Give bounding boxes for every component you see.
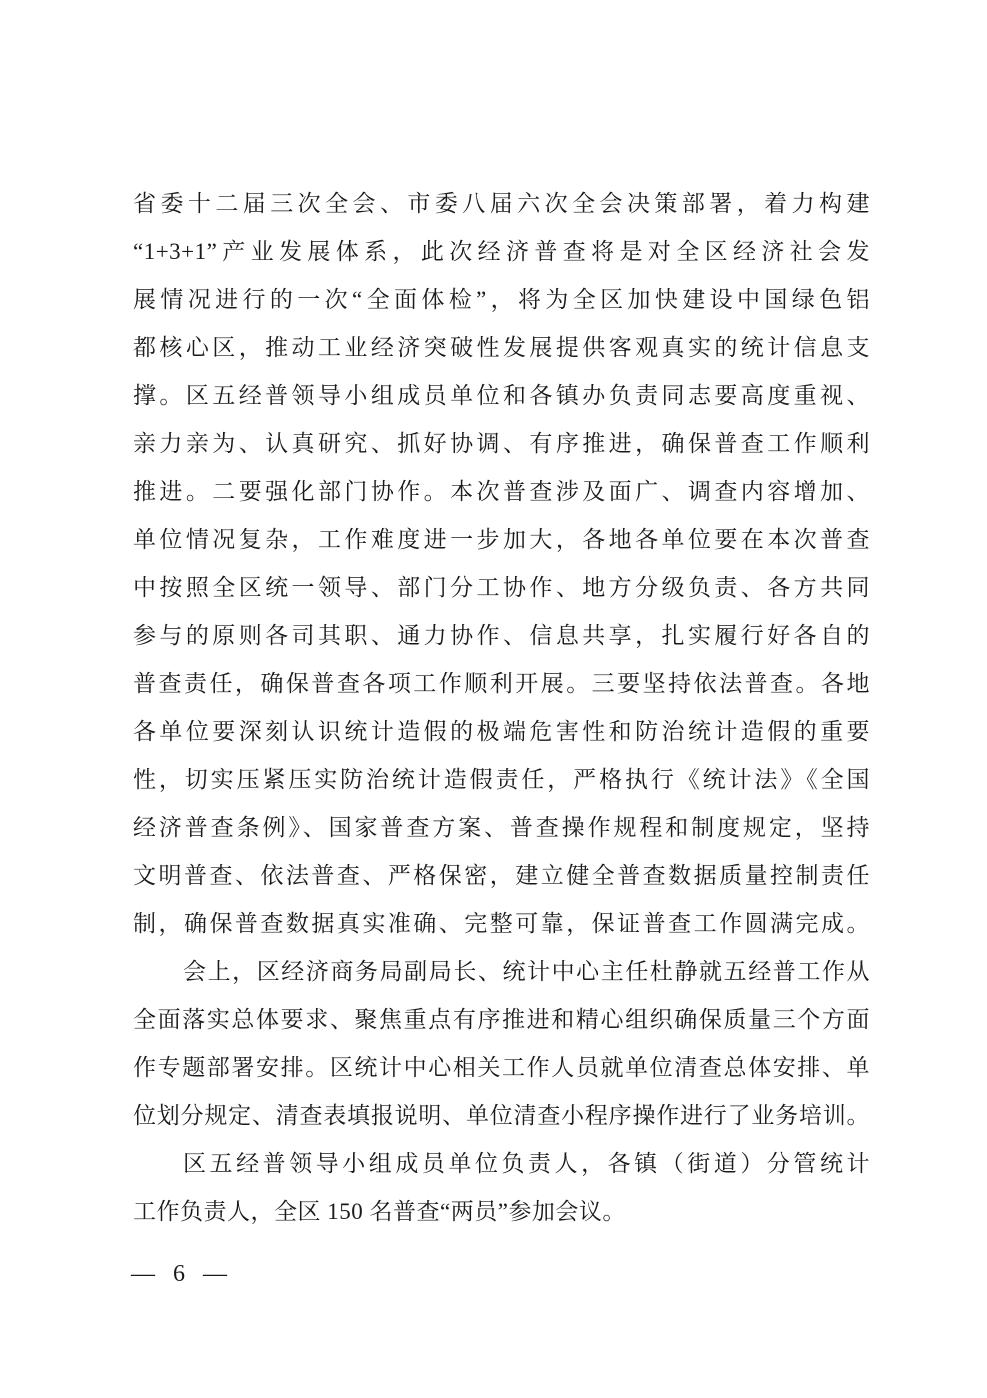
text-line: 普查责任，确保普查各项工作顺利开展。三要坚持依法普查。各地	[133, 660, 870, 708]
page-number: — 6 —	[131, 1258, 233, 1290]
text-line: 亲力亲为、认真研究、抓好协调、有序推进，确保普查工作顺利	[133, 420, 870, 468]
text-line: 区五经普领导小组成员单位负责人，各镇（街道）分管统计	[133, 1140, 870, 1188]
text-line: 推进。二要强化部门协作。本次普查涉及面广、调查内容增加、	[133, 468, 870, 516]
text-line: 各单位要深刻认识统计造假的极端危害性和防治统计造假的重要	[133, 708, 870, 756]
text-line: 参与的原则各司其职、通力协作、信息共享，扎实履行好各自的	[133, 612, 870, 660]
text-line: 工作负责人，全区 150 名普查“两员”参加会议。	[133, 1188, 870, 1236]
text-line: 撑。区五经普领导小组成员单位和各镇办负责同志要高度重视、	[133, 372, 870, 420]
paragraph-meeting-deployment-and-training: 会上，区经济商务局副局长、统计中心主任杜静就五经普工作从全面落实总体要求、聚焦重…	[133, 948, 870, 1140]
text-line: 全面落实总体要求、聚焦重点有序推进和精心组织确保质量三个方面	[133, 996, 870, 1044]
text-line: 都核心区，推动工业经济突破性发展提供客观真实的统计信息支	[133, 324, 870, 372]
scanned-document-page: 省委十二届三次全会、市委八届六次全会决策部署，着力构建“1+3+1”产业发展体系…	[0, 0, 987, 1398]
text-line: “1+3+1”产业发展体系，此次经济普查将是对全区经济社会发	[133, 228, 870, 276]
document-body: 省委十二届三次全会、市委八届六次全会决策部署，着力构建“1+3+1”产业发展体系…	[133, 180, 870, 1236]
text-line: 经济普查条例》、国家普查方案、普查操作规程和制度规定，坚持	[133, 804, 870, 852]
text-line: 省委十二届三次全会、市委八届六次全会决策部署，着力构建	[133, 180, 870, 228]
paragraph-census-importance-continuation: 省委十二届三次全会、市委八届六次全会决策部署，着力构建“1+3+1”产业发展体系…	[133, 180, 870, 948]
text-line: 展情况进行的一次“全面体检”，将为全区加快建设中国绿色铝	[133, 276, 870, 324]
text-line: 会上，区经济商务局副局长、统计中心主任杜静就五经普工作从	[133, 948, 870, 996]
text-line: 单位情况复杂，工作难度进一步加大，各地各单位要在本次普查	[133, 516, 870, 564]
text-line: 作专题部署安排。区统计中心相关工作人员就单位清查总体安排、单	[133, 1044, 870, 1092]
text-line: 位划分规定、清查表填报说明、单位清查小程序操作进行了业务培训。	[133, 1092, 870, 1140]
text-line: 文明普查、依法普查、严格保密，建立健全普查数据质量控制责任	[133, 852, 870, 900]
text-line: 性，切实压紧压实防治统计造假责任，严格执行《统计法》《全国	[133, 756, 870, 804]
paragraph-attendees: 区五经普领导小组成员单位负责人，各镇（街道）分管统计工作负责人，全区 150 名…	[133, 1140, 870, 1236]
text-line: 制，确保普查数据真实准确、完整可靠，保证普查工作圆满完成。	[133, 900, 870, 948]
text-line: 中按照全区统一领导、部门分工协作、地方分级负责、各方共同	[133, 564, 870, 612]
